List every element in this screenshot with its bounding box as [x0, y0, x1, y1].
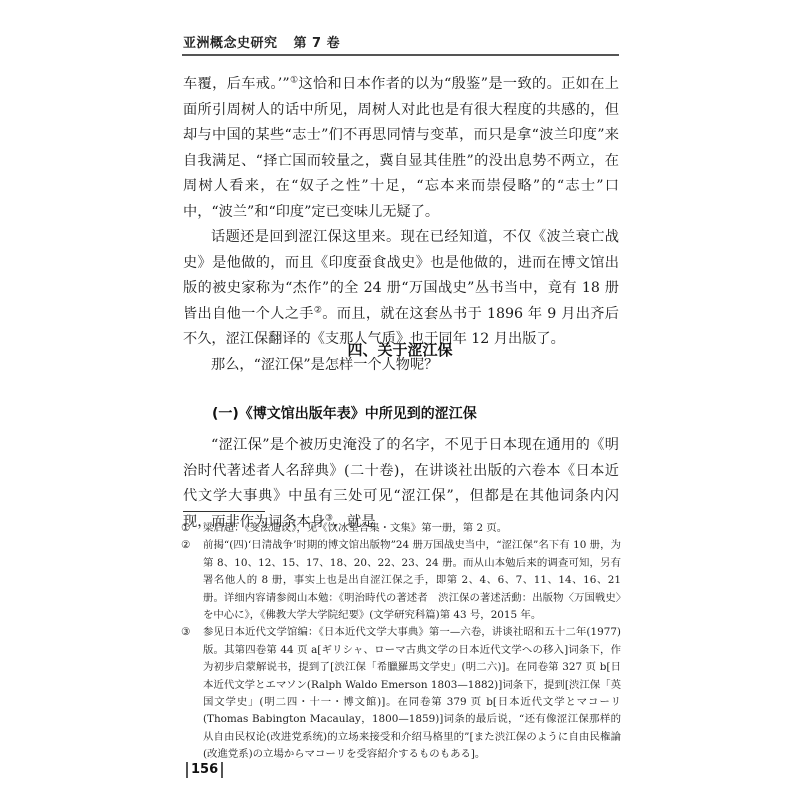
footnote-2: ② 前揭“(四)‘日清战争’时期的博文馆出版物”24 册万国战史当中，“涩江保”… — [181, 537, 621, 624]
paragraph-text: 车覆，后车戒。’” — [183, 76, 290, 92]
footnote-3: ③ 参见日本近代文学馆编：《日本近代文学大事典》第一—六卷，讲谈社昭和五十二年(… — [181, 624, 621, 763]
footnote-number: ③ — [181, 624, 190, 641]
paragraph-continuation: 车覆，后车戒。’”①这恰和日本作者的以为“殷鉴”是一致的。正如在上面所引周树人的… — [183, 72, 619, 225]
footnote-text: 梁启超：《变法通议》，见《饮冰室合集・文集》第一册，第 2 页。 — [203, 520, 621, 537]
section-title: 四、关于涩江保 — [0, 339, 800, 360]
paragraph-text: “涩江保”是个被历史淹没了的名字，不见于日本现在通用的《明治时代著述者人名辞典》… — [183, 437, 619, 530]
footnote-text: 前揭“(四)‘日清战争’时期的博文馆出版物”24 册万国战史当中，“涩江保”名下… — [203, 537, 621, 624]
footnote-1: ① 梁启超：《变法通议》，见《饮冰室合集・文集》第一册，第 2 页。 — [181, 520, 621, 537]
page-number: 156 — [186, 762, 223, 778]
volume-label: 第 7 卷 — [294, 36, 341, 51]
header-rule — [182, 54, 619, 56]
book-page: 亚洲概念史研究第 7 卷 车覆，后车戒。’”①这恰和日本作者的以为“殷鉴”是一致… — [0, 0, 800, 800]
subsection-title: (一)《博文馆出版年表》中所见到的涩江保 — [212, 403, 477, 423]
footnote-ref-2[interactable]: ② — [314, 305, 322, 315]
journal-title: 亚洲概念史研究 — [183, 36, 278, 51]
paragraph-shibue-works: 话题还是回到涩江保这里来。现在已经知道，不仅《波兰衰亡战史》是他做的，而且《印度… — [183, 225, 619, 353]
footnotes: ① 梁启超：《变法通议》，见《饮冰室合集・文集》第一册，第 2 页。 ② 前揭“… — [181, 520, 621, 764]
footnote-rule — [183, 511, 265, 512]
footnote-text: 参见日本近代文学馆编：《日本近代文学大事典》第一—六卷，讲谈社昭和五十二年(19… — [203, 624, 621, 763]
body-block-top: 车覆，后车戒。’”①这恰和日本作者的以为“殷鉴”是一致的。正如在上面所引周树人的… — [183, 72, 619, 378]
running-head: 亚洲概念史研究第 7 卷 — [183, 32, 340, 51]
footnote-number: ② — [181, 537, 190, 554]
footnote-number: ① — [181, 520, 190, 537]
paragraph-text-end: 这恰和日本作者的以为“殷鉴”是一致的。正如在上面所引周树人的话中所见，周树人对此… — [183, 76, 619, 220]
